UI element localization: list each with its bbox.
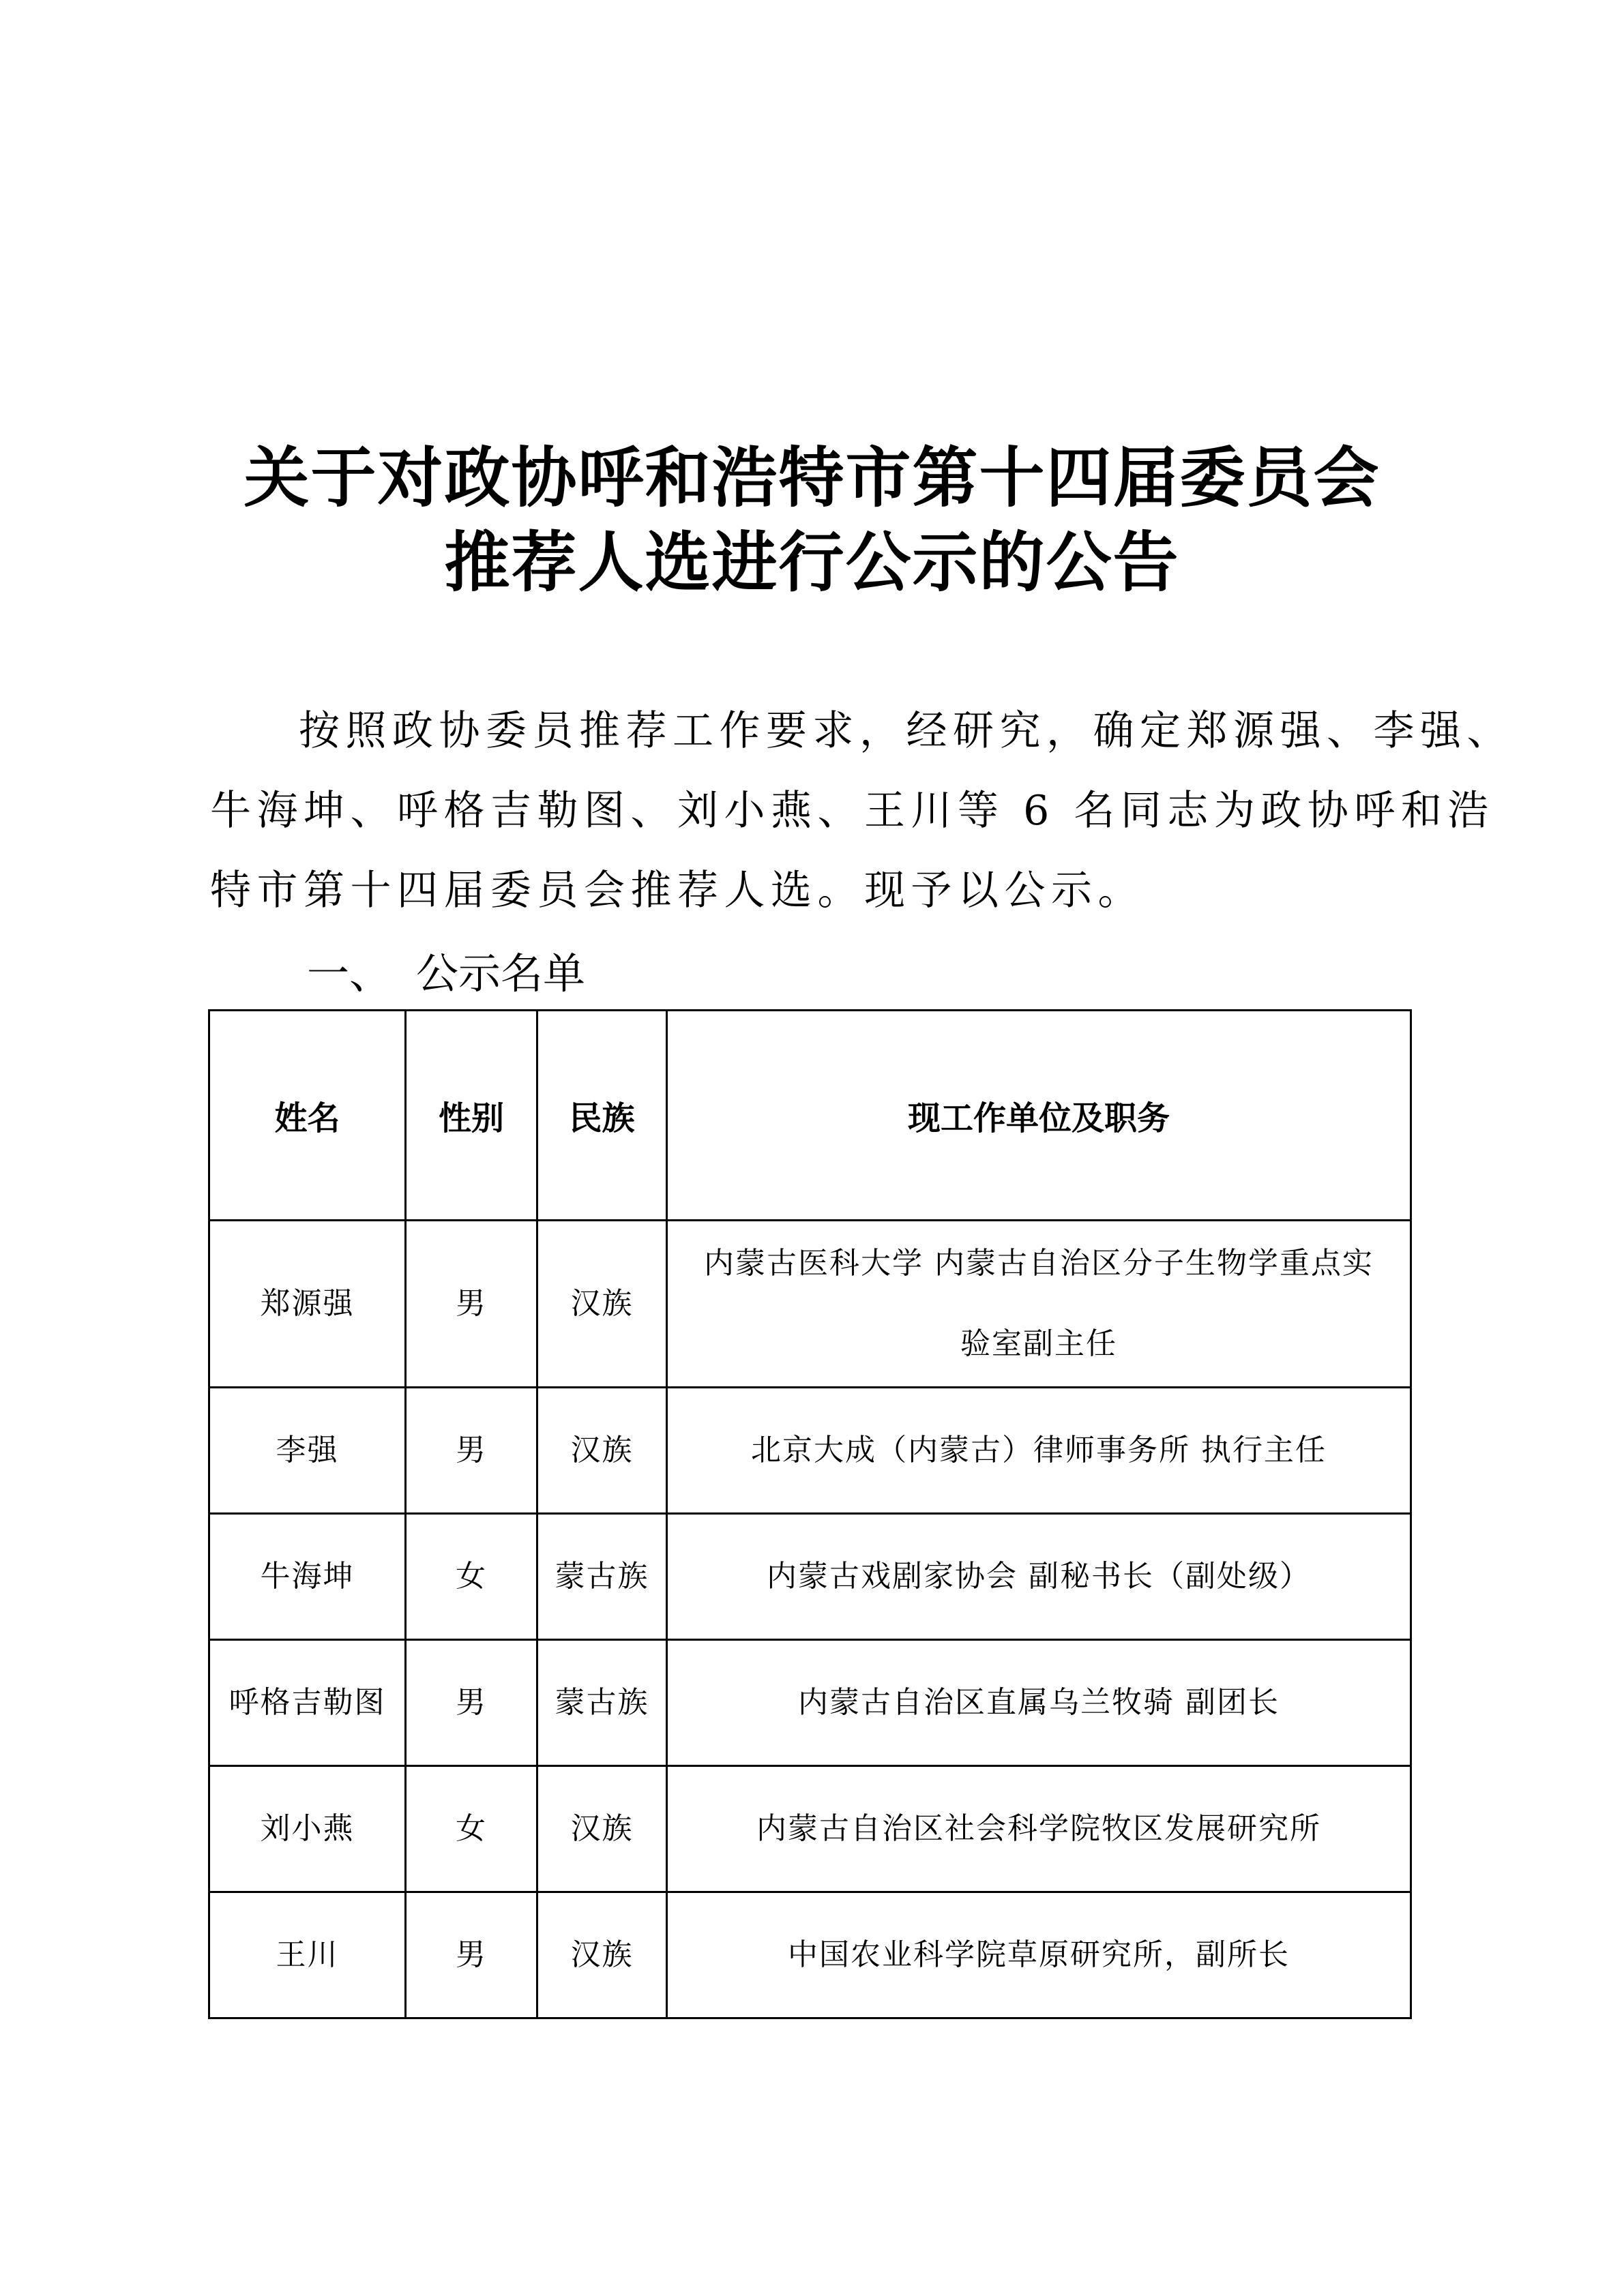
header-ethnicity: 民族 (537, 1011, 667, 1221)
cell-ethnicity: 汉族 (537, 1388, 667, 1514)
table-row: 牛海坤 女 蒙古族 内蒙古戏剧家协会 副秘书长（副处级） (209, 1514, 1411, 1640)
table-row: 刘小燕 女 汉族 内蒙古自治区社会科学院牧区发展研究所 (209, 1766, 1411, 1892)
cell-name: 郑源强 (209, 1221, 406, 1388)
cell-gender: 男 (406, 1892, 537, 2018)
cell-ethnicity: 汉族 (537, 1766, 667, 1892)
cell-gender: 女 (406, 1766, 537, 1892)
section-title: 公示名单 (416, 949, 585, 998)
document-page: 关于对政协呼和浩特市第十四届委员会 推荐人选进行公示的公告 按照政协委员推荐工作… (0, 0, 1624, 2296)
cell-ethnicity: 蒙古族 (537, 1514, 667, 1640)
document-title-line-1: 关于对政协呼和浩特市第十四届委员会 (0, 441, 1624, 516)
table-row: 李强 男 汉族 北京大成（内蒙古）律师事务所 执行主任 (209, 1388, 1411, 1514)
table-header-row: 姓名 性别 民族 现工作单位及职务 (209, 1011, 1411, 1221)
cell-organization: 中国农业科学院草原研究所，副所长 (667, 1892, 1411, 2018)
cell-gender: 男 (406, 1221, 537, 1388)
section-number: 一、 (307, 949, 392, 998)
section-heading: 一、公示名单 (307, 948, 585, 1000)
cell-organization: 北京大成（内蒙古）律师事务所 执行主任 (667, 1388, 1411, 1514)
document-title-line-2: 推荐人选进行公示的公告 (0, 525, 1624, 600)
table-row: 王川 男 汉族 中国农业科学院草原研究所，副所长 (209, 1892, 1411, 2018)
nominee-table: 姓名 性别 民族 现工作单位及职务 郑源强 男 汉族 内蒙古医科大学 内蒙古自治… (208, 1009, 1412, 2019)
cell-name: 王川 (209, 1892, 406, 2018)
cell-organization: 内蒙古医科大学 内蒙古自治区分子生物学重点实 验室副主任 (667, 1221, 1411, 1388)
table-row: 呼格吉勒图 男 蒙古族 内蒙古自治区直属乌兰牧骑 副团长 (209, 1640, 1411, 1766)
header-name: 姓名 (209, 1011, 406, 1221)
cell-name: 李强 (209, 1388, 406, 1514)
paragraph-line-2: 牛海坤、呼格吉勒图、刘小燕、王川等 6 名同志为政协呼和浩 (210, 784, 1417, 838)
cell-name: 呼格吉勒图 (209, 1640, 406, 1766)
cell-organization-line-2: 验室副主任 (673, 1304, 1404, 1384)
header-gender: 性别 (406, 1011, 537, 1221)
cell-name: 刘小燕 (209, 1766, 406, 1892)
cell-ethnicity: 汉族 (537, 1892, 667, 2018)
table-row: 郑源强 男 汉族 内蒙古医科大学 内蒙古自治区分子生物学重点实 验室副主任 (209, 1221, 1411, 1388)
cell-gender: 女 (406, 1514, 537, 1640)
cell-name: 牛海坤 (209, 1514, 406, 1640)
paragraph-line-1: 按照政协委员推荐工作要求，经研究，确定郑源强、李强、 (210, 704, 1417, 758)
cell-organization: 内蒙古戏剧家协会 副秘书长（副处级） (667, 1514, 1411, 1640)
cell-gender: 男 (406, 1640, 537, 1766)
cell-organization: 内蒙古自治区社会科学院牧区发展研究所 (667, 1766, 1411, 1892)
paragraph-line-3: 特市第十四届委员会推荐人选。现予以公示。 (210, 863, 1417, 918)
cell-organization-line-1: 内蒙古医科大学 内蒙古自治区分子生物学重点实 (673, 1223, 1404, 1304)
cell-ethnicity: 蒙古族 (537, 1640, 667, 1766)
cell-ethnicity: 汉族 (537, 1221, 667, 1388)
header-organization: 现工作单位及职务 (667, 1011, 1411, 1221)
cell-gender: 男 (406, 1388, 537, 1514)
cell-organization: 内蒙古自治区直属乌兰牧骑 副团长 (667, 1640, 1411, 1766)
